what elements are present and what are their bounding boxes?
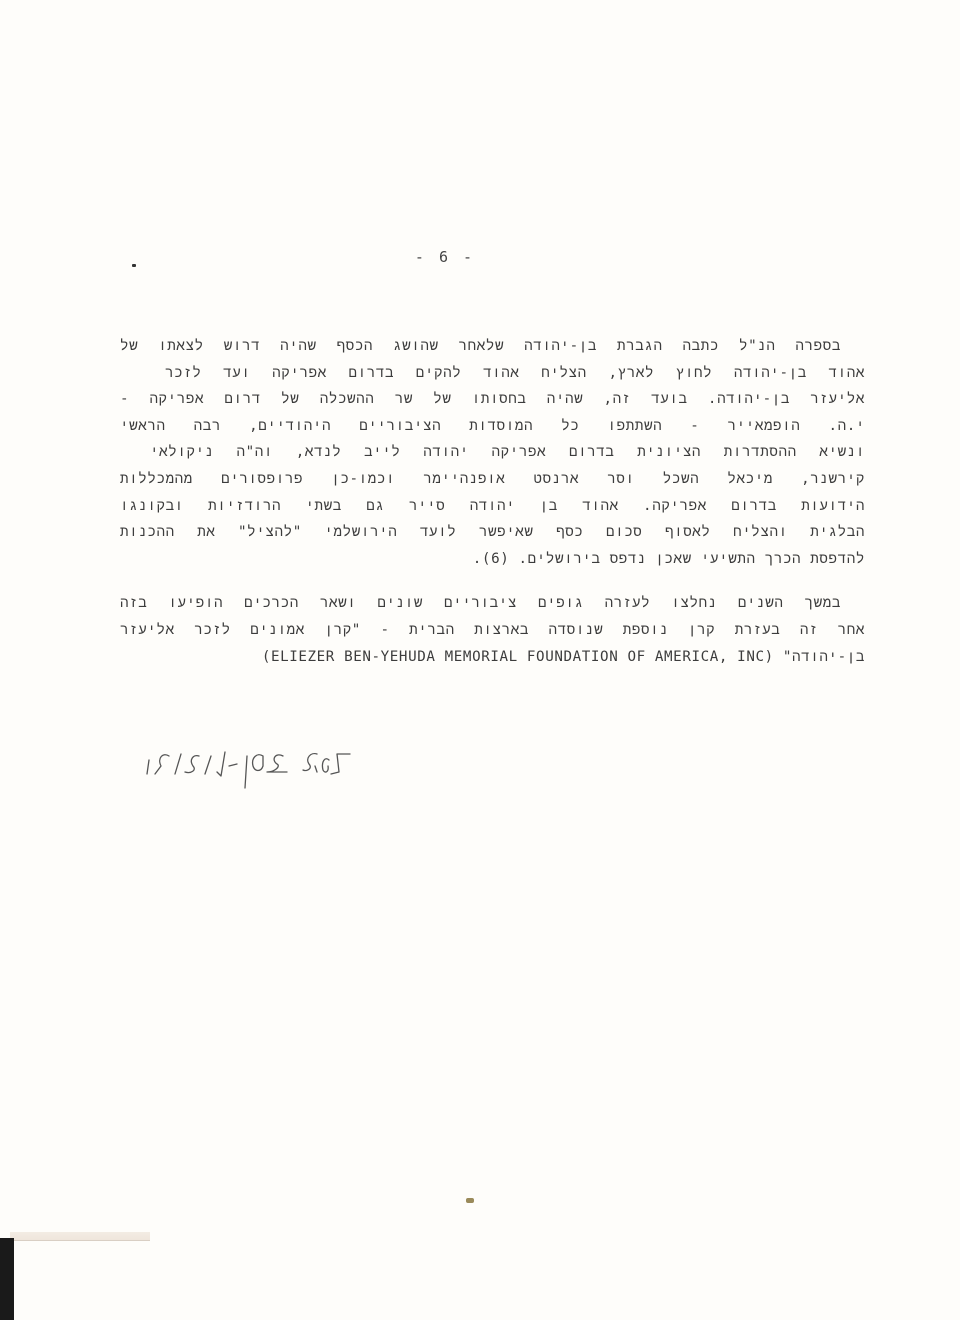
page-number: - 6 -	[0, 248, 890, 266]
text-line: להדפסת הכרך התשיעי שאכן נדפס בירושלים. (…	[120, 546, 865, 573]
paper-fold-edge	[10, 1232, 150, 1241]
text-line: במשך השנים נחלצו לעזרה גופים ציבוריים שו…	[120, 590, 865, 617]
handwritten-signature	[125, 742, 365, 792]
paper-stain	[466, 1198, 474, 1203]
text-line: אהוד בן-יהודה לחוץ לארץ, הצליח אהוד להקי…	[120, 360, 865, 387]
document-page: - 6 - בספרה הנ"ל כתבה הגברת בן-יהודה שלא…	[0, 0, 960, 1320]
text-line: הבלגית והצליח לאסוף סכום כסף שאיפשר לועד…	[120, 519, 865, 546]
text-line: קירשנר, מיכאל השכל וסר ארנסט אופנהיימר ו…	[120, 466, 865, 493]
english-foundation-name: (ELIEZER BEN-YEHUDA MEMORIAL FOUNDATION …	[262, 649, 774, 665]
paragraph-1: בספרה הנ"ל כתבה הגברת בן-יהודה שלאחר שהו…	[120, 333, 865, 572]
paragraph-2: במשך השנים נחלצו לעזרה גופים ציבוריים שו…	[120, 590, 865, 670]
text-line: ונשיא ההסתדרות הציונית בדרום אפריקה יהוד…	[120, 439, 865, 466]
signature-icon	[125, 742, 365, 792]
text-line: אחר זה בעזרת קרן נוספת שנוסדה בארצות הבר…	[120, 617, 865, 644]
hebrew-fragment: בן-יהודה"	[783, 649, 865, 665]
document-body: בספרה הנ"ל כתבה הגברת בן-יהודה שלאחר שהו…	[120, 333, 865, 688]
text-line: אליעזר בן-יהודה. בועד זה, שהיה בחסותו של…	[120, 386, 865, 413]
text-line: בספרה הנ"ל כתבה הגברת בן-יהודה שלאחר שהו…	[120, 333, 865, 360]
scan-border	[0, 1238, 14, 1320]
text-line: י.ה. הופמאייר - השתתפו כל המוסדות הציבור…	[120, 413, 865, 440]
text-line: הידועות בדרום אפריקה. אהוד בן יהודה סייר…	[120, 493, 865, 520]
text-line-with-english: בן-יהודה" (ELIEZER BEN-YEHUDA MEMORIAL F…	[120, 644, 865, 671]
